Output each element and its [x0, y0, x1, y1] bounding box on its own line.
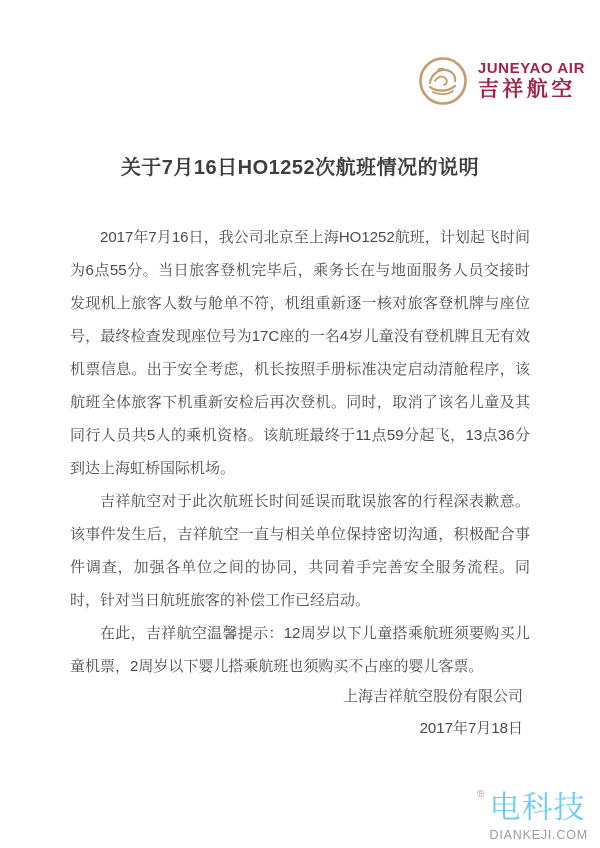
- signature-block: 上海吉祥航空股份有限公司 2017年7月18日: [343, 681, 523, 745]
- brand-text: JUNEYAO AIR 吉祥航空: [478, 61, 585, 102]
- juneyao-air-logo: JUNEYAO AIR 吉祥航空: [418, 56, 585, 106]
- watermark-text: 电科技 DIANKEJI.COM: [490, 790, 589, 842]
- statement-paragraph: 在此，吉祥航空温馨提示：12周岁以下儿童搭乘航班须要购买儿童机票，2周岁以下婴儿…: [70, 617, 530, 683]
- statement-paragraph: 吉祥航空对于此次航班长时间延误而耽误旅客的行程深表歉意。该事件发生后，吉祥航空一…: [70, 485, 530, 617]
- watermark-name-cn: 电科技: [490, 790, 586, 826]
- brand-name-en: JUNEYAO AIR: [478, 61, 585, 77]
- diankeji-pinwheel-icon: [414, 792, 472, 848]
- statement-page: JUNEYAO AIR 吉祥航空 关于7月16日HO1252次航班情况的说明 2…: [0, 0, 600, 848]
- registered-trademark-icon: ®: [477, 790, 484, 800]
- page-title: 关于7月16日HO1252次航班情况的说明: [0, 151, 600, 180]
- brand-name-cn: 吉祥航空: [478, 79, 585, 101]
- diankeji-watermark: ® 电科技 DIANKEJI.COM: [414, 790, 588, 848]
- statement-body: 2017年7月16日，我公司北京至上海HO1252航班，计划起飞时间为6点55分…: [70, 221, 530, 683]
- signature-date: 2017年7月18日: [343, 713, 523, 745]
- statement-paragraph: 2017年7月16日，我公司北京至上海HO1252航班，计划起飞时间为6点55分…: [70, 221, 530, 485]
- juneyao-dragon-seal-icon: [418, 56, 468, 106]
- watermark-domain: DIANKEJI.COM: [490, 828, 589, 842]
- signature-company: 上海吉祥航空股份有限公司: [343, 681, 523, 713]
